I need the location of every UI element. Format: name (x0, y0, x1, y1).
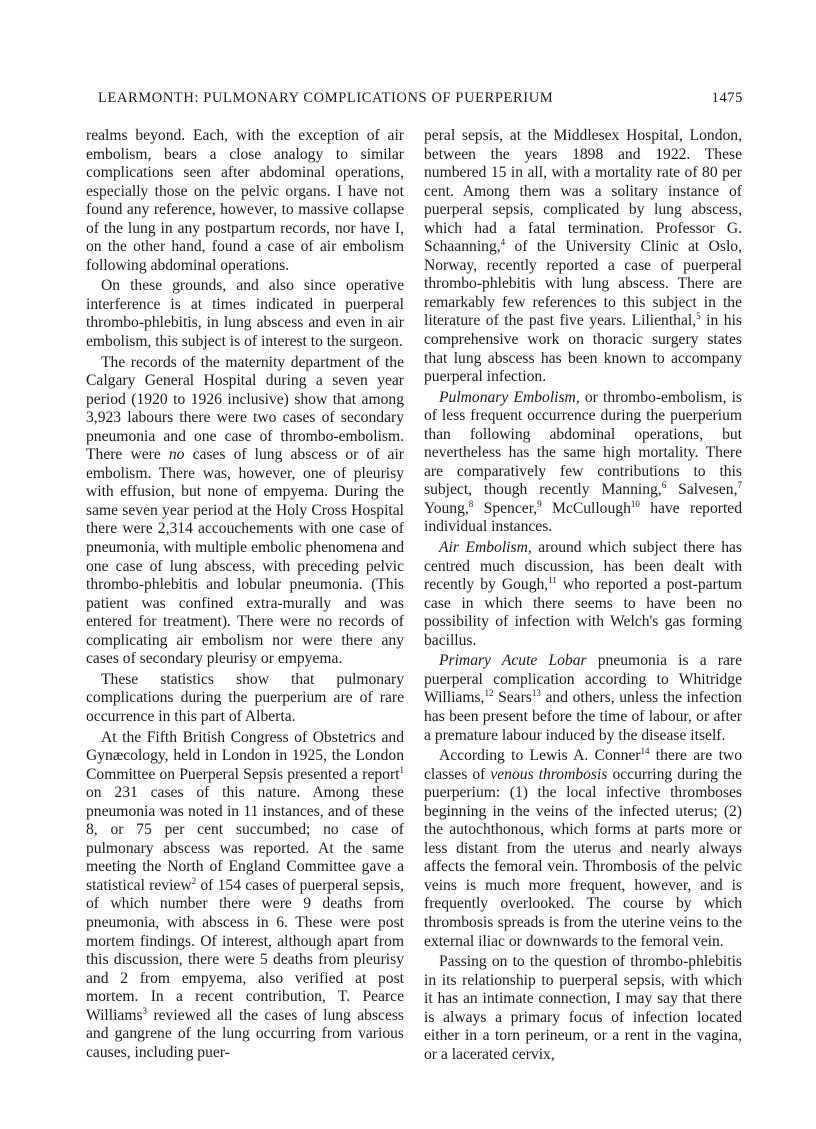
paragraph-statistics-summary: These statistics show that pulmonary com… (86, 671, 404, 727)
footnote-ref[interactable]: 13 (532, 688, 541, 698)
paragraph-calgary-records: The records of the maternity department … (86, 354, 404, 669)
paragraph-pulmonary-embolism: Pulmonary Embolism, or thrombo-embolism,… (424, 389, 742, 537)
section-term: venous thrombosis (490, 766, 607, 783)
footnote-ref[interactable]: 10 (631, 499, 640, 509)
footnote-ref[interactable]: 1 (400, 765, 405, 775)
emphasis-no: no (169, 446, 185, 463)
left-column: realms beyond. Each, with the exception … (86, 127, 404, 1062)
paragraph-lobar-pneumonia: Primary Acute Lobar pneumonia is a rare … (424, 652, 742, 745)
paragraph-british-congress: At the Fifth British Congress of Obstetr… (86, 729, 404, 1063)
section-term: Primary Acute Lobar (439, 652, 587, 669)
running-head-title: LEARMONTH: PULMONARY COMPLICATIONS OF PU… (98, 90, 553, 107)
footnote-ref[interactable]: 11 (548, 575, 557, 585)
section-term: Pulmonary Embolism, (439, 389, 580, 406)
paragraph-continued: realms beyond. Each, with the exception … (86, 127, 404, 275)
section-term: Air Embolism, (439, 539, 532, 556)
paragraph-venous-thrombosis: According to Lewis A. Conner14 there are… (424, 747, 742, 951)
paragraph-middlesex: peral sepsis, at the Middlesex Hospital,… (424, 127, 742, 387)
right-column: peral sepsis, at the Middlesex Hospital,… (424, 127, 742, 1064)
paragraph-air-embolism: Air Embolism, around which subject there… (424, 539, 742, 650)
page-number: 1475 (712, 90, 743, 107)
paragraph-thrombo-phlebitis: Passing on to the question of thrombo-ph… (424, 953, 742, 1064)
paragraph-operative-interest: On these grounds, and also since operati… (86, 277, 404, 351)
footnote-ref[interactable]: 7 (738, 480, 743, 490)
